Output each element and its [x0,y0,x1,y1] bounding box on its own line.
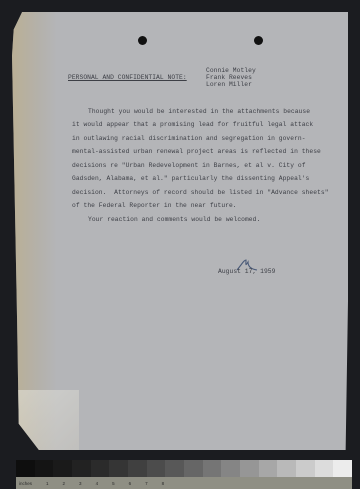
color-calibration-ruler: inches 1 2 3 4 5 6 7 8 [16,460,352,489]
body-line: Gadsden, Alabama, et al." particularly t… [72,175,309,182]
punch-hole [138,36,147,45]
scale-tick: 4 [96,481,99,486]
scale-tick: 6 [129,481,132,486]
scale-tick: 5 [112,481,115,486]
punch-hole [254,36,263,45]
body-line: it would appear that a promising lead fo… [72,121,313,128]
grayscale-strip [16,460,352,477]
memo-date: August 17, 1959 [218,268,275,275]
recipient-2: Frank Reeves [206,74,252,81]
document-page: Connie Motley PERSONAL AND CONFIDENTIAL … [12,12,348,450]
scale-tick: 8 [162,481,165,486]
recipient-3: Loren Miller [206,81,252,88]
scale-tick: 1 [46,481,49,486]
body-line: in outlawing racial discrimination and s… [72,135,306,142]
body-line: Thought you would be interested in the a… [88,108,310,115]
recipient-1: Connie Motley [206,67,256,74]
body-line: decision. Attorneys of record should be … [72,189,329,196]
body-line: of the Federal Reporter in the near futu… [72,202,237,209]
scale-tick: 3 [79,481,82,486]
inch-scale: inches 1 2 3 4 5 6 7 8 [16,477,352,489]
body-line: decisions re "Urban Redevelopment in Bar… [72,162,306,169]
scale-label: inches [19,481,32,486]
closing-line: Your reaction and comments would be welc… [88,216,260,223]
scale-tick: 7 [145,481,148,486]
memo-heading: PERSONAL AND CONFIDENTIAL NOTE: [68,74,187,81]
scale-tick: 2 [63,481,66,486]
body-line: mental-assisted urban renewal project ar… [72,148,321,155]
